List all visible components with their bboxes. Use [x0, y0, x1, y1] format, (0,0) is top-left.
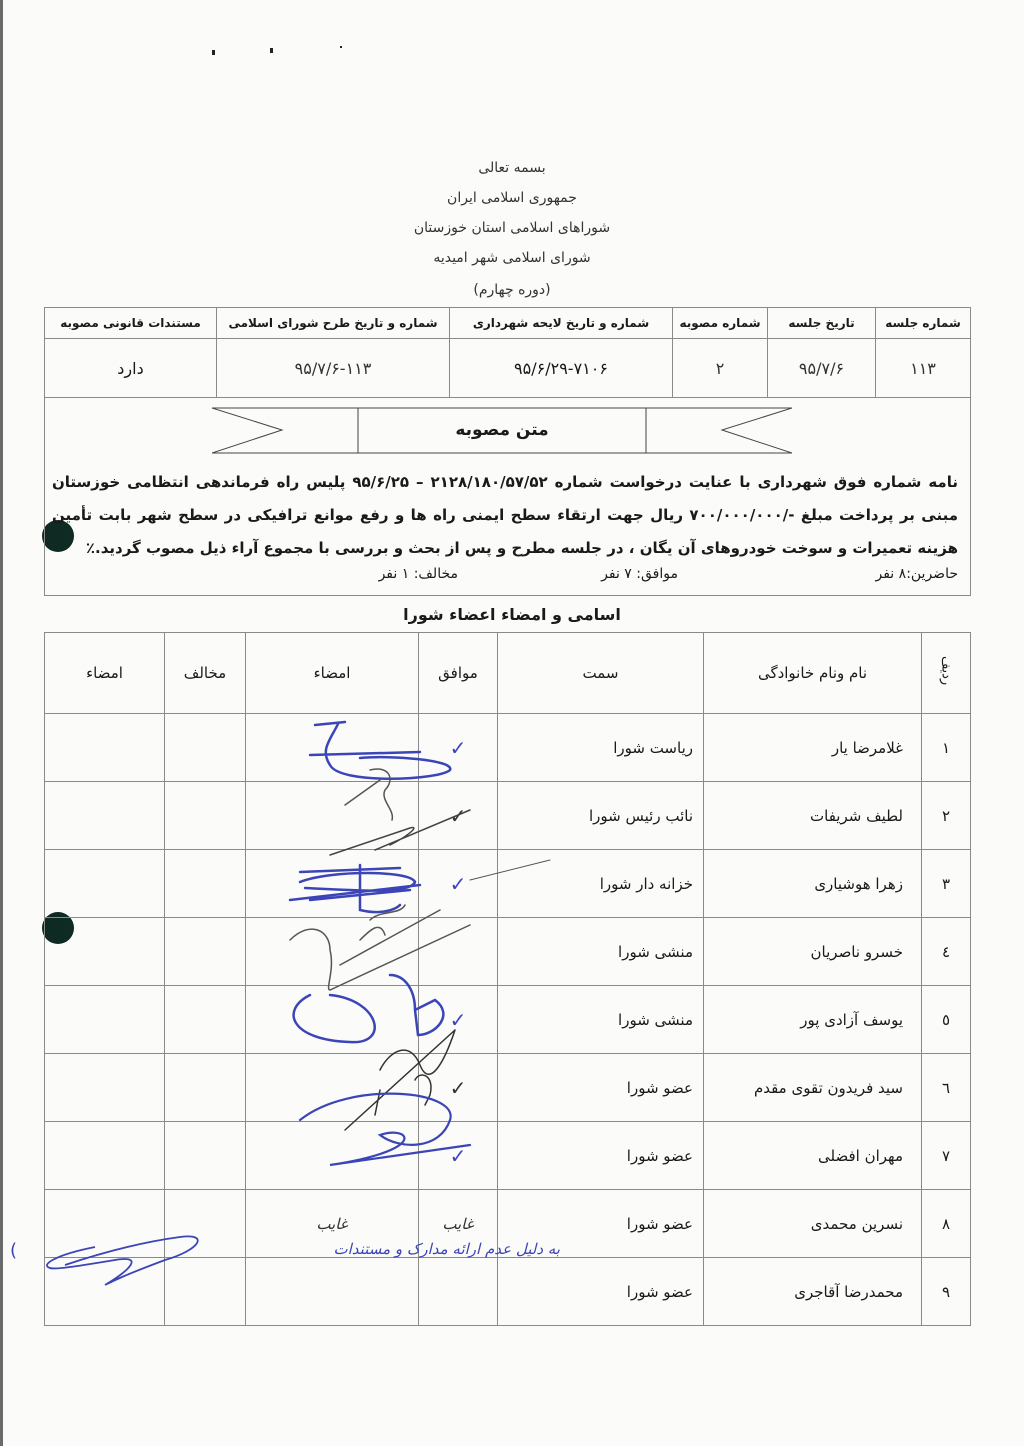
session-date: ۹۵/۷/۶ [768, 339, 876, 398]
header-municipality-bill: شماره و تاریخ لایحه شهرداری [450, 308, 673, 339]
oppose-mark [165, 1190, 246, 1258]
vote-summary: حاضرین:۸ نفر موافق: ۷ نفر مخالف: ۱ نفر [52, 566, 958, 590]
oppose-signature-cell [45, 918, 165, 986]
municipality-bill: ۹۵/۶/۲۹-۷۱۰۶ [450, 339, 673, 398]
agree-signature-cell [246, 850, 419, 918]
oppose-label: مخالف: [414, 566, 458, 582]
header-session-date: تاریخ جلسه [768, 308, 876, 339]
row-number: ٥ [922, 986, 971, 1054]
heading-province-councils: شوراهای اسلامی استان خوزستان [0, 220, 1024, 236]
heading-term: (دوره چهارم) [0, 282, 1024, 298]
row-number: ٦ [922, 1054, 971, 1122]
member-role: عضو شورا [498, 1054, 704, 1122]
agree-count: موافق: ۷ نفر [601, 566, 678, 582]
table-row: ۳ زهرا هوشیاری خزانه دار شورا ✓ [45, 850, 971, 918]
member-role: عضو شورا [498, 1258, 704, 1326]
table-row: ٥ یوسف آزادی پور منشی شورا ✓ [45, 986, 971, 1054]
header-oppose: مخالف [165, 633, 246, 714]
agree-mark: ✓ [419, 986, 498, 1054]
legal-documents: دارد [45, 339, 217, 398]
row-number: ۱ [922, 714, 971, 782]
agree-mark: ✓ [419, 850, 498, 918]
members-table: ردیف نام ونام خانوادگی سمت موافق امضاء م… [44, 632, 971, 1326]
oppose-mark [165, 1122, 246, 1190]
resolution-banner: متن مصوبه [212, 407, 792, 455]
scan-edge [0, 0, 3, 1446]
agree-signature-cell [246, 782, 419, 850]
header-council-plan: شماره و تاریخ طرح شورای اسلامی [217, 308, 450, 339]
agree-signature-cell [246, 714, 419, 782]
member-role: منشی شورا [498, 918, 704, 986]
member-name: خسرو ناصریان [704, 918, 922, 986]
table-row: ۱ غلامرضا یار ریاست شورا ✓ [45, 714, 971, 782]
oppose-mark [165, 782, 246, 850]
header-agree-signature: امضاء [246, 633, 419, 714]
agree-mark: ✓ [419, 1122, 498, 1190]
table-row: ۲ لطیف شریفات نائب رئیس شورا ✓ [45, 782, 971, 850]
resolution-number: ۲ [673, 339, 768, 398]
member-role: منشی شورا [498, 986, 704, 1054]
oppose-mark [165, 850, 246, 918]
header-oppose-signature: امضاء [45, 633, 165, 714]
heading-bismillah: بسمه تعالی [0, 160, 1024, 176]
agree-mark: ✓ [419, 714, 498, 782]
oppose-signature-cell [45, 1122, 165, 1190]
agree-signature-cell [246, 1122, 419, 1190]
agree-mark [419, 1258, 498, 1326]
agree-signature-cell [246, 1258, 419, 1326]
agree-signature-cell [246, 1054, 419, 1122]
oppose-mark [165, 1054, 246, 1122]
member-name: سید فریدون تقوی مقدم [704, 1054, 922, 1122]
member-name: مهران افضلی [704, 1122, 922, 1190]
council-plan: ۹۵/۷/۶-۱۱۳ [217, 339, 450, 398]
header-resolution-number: شماره مصوبه [673, 308, 768, 339]
table-row: ۹ محمدرضا آقاجری عضو شورا [45, 1258, 971, 1326]
row-number: ۲ [922, 782, 971, 850]
margin-mark-icon: ( [10, 1240, 17, 1261]
oppose-signature-cell [45, 986, 165, 1054]
oppose-signature-cell [45, 1190, 165, 1258]
present-unit: نفر [876, 566, 895, 582]
table-row: ۷ مهران افضلی عضو شورا ✓ [45, 1122, 971, 1190]
row-number: ۹ [922, 1258, 971, 1326]
resolution-meta-table: شماره جلسه تاریخ جلسه شماره مصوبه شماره … [44, 307, 971, 398]
row-number: ۷ [922, 1122, 971, 1190]
resolution-text: نامه شماره فوق شهرداری با عنایت درخواست … [52, 466, 958, 565]
row-number: ۸ [922, 1190, 971, 1258]
oppose-signature-cell [45, 1054, 165, 1122]
header-position: سمت [498, 633, 704, 714]
present-count: حاضرین:۸ نفر [876, 566, 959, 582]
agree-label: موافق: [636, 566, 678, 582]
agree-signature-cell [246, 986, 419, 1054]
member-role: نائب رئیس شورا [498, 782, 704, 850]
oppose-mark [165, 918, 246, 986]
table-row: ٦ سید فریدون تقوی مقدم عضو شورا ✓ [45, 1054, 971, 1122]
oppose-mark [165, 714, 246, 782]
header-full-name: نام ونام خانوادگی [704, 633, 922, 714]
member-name: محمدرضا آقاجری [704, 1258, 922, 1326]
agree-value: ۷ [624, 566, 632, 582]
member-role: عضو شورا [498, 1122, 704, 1190]
oppose-value: ۱ [402, 566, 410, 582]
present-label: حاضرین: [906, 566, 958, 582]
header-session-number: شماره جلسه [876, 308, 971, 339]
member-name: نسرین محمدی [704, 1190, 922, 1258]
header-agree: موافق [419, 633, 498, 714]
member-name: یوسف آزادی پور [704, 986, 922, 1054]
member-name: زهرا هوشیاری [704, 850, 922, 918]
oppose-mark [165, 986, 246, 1054]
agree-mark [419, 918, 498, 986]
session-number: ۱۱۳ [876, 339, 971, 398]
agree-unit: نفر [601, 566, 620, 582]
member-role: ریاست شورا [498, 714, 704, 782]
agree-mark: ✓ [419, 782, 498, 850]
oppose-signature-cell [45, 850, 165, 918]
row-number: ٤ [922, 918, 971, 986]
oppose-signature-cell [45, 1258, 165, 1326]
heading-country: جمهوری اسلامی ایران [0, 190, 1024, 206]
member-role: خزانه دار شورا [498, 850, 704, 918]
header-row-number: ردیف [939, 656, 954, 685]
member-name: لطیف شریفات [704, 782, 922, 850]
handwritten-note: به دلیل عدم ارائه مدارک و مستندات [290, 1236, 560, 1262]
oppose-count: مخالف: ۱ نفر [379, 566, 458, 582]
resolution-title: متن مصوبه [358, 407, 646, 453]
member-name: غلامرضا یار [704, 714, 922, 782]
table-row: ٤ خسرو ناصریان منشی شورا [45, 918, 971, 986]
oppose-mark [165, 1258, 246, 1326]
members-section-title: اسامی و امضاء اعضاء شورا [0, 605, 1024, 624]
row-number: ۳ [922, 850, 971, 918]
oppose-unit: نفر [379, 566, 398, 582]
oppose-signature-cell [45, 782, 165, 850]
header-legal-documents: مستندات قانونی مصوبه [45, 308, 217, 339]
oppose-signature-cell [45, 714, 165, 782]
heading-city-council: شورای اسلامی شهر امیدیه [0, 250, 1024, 266]
agree-mark: ✓ [419, 1054, 498, 1122]
agree-signature-cell [246, 918, 419, 986]
